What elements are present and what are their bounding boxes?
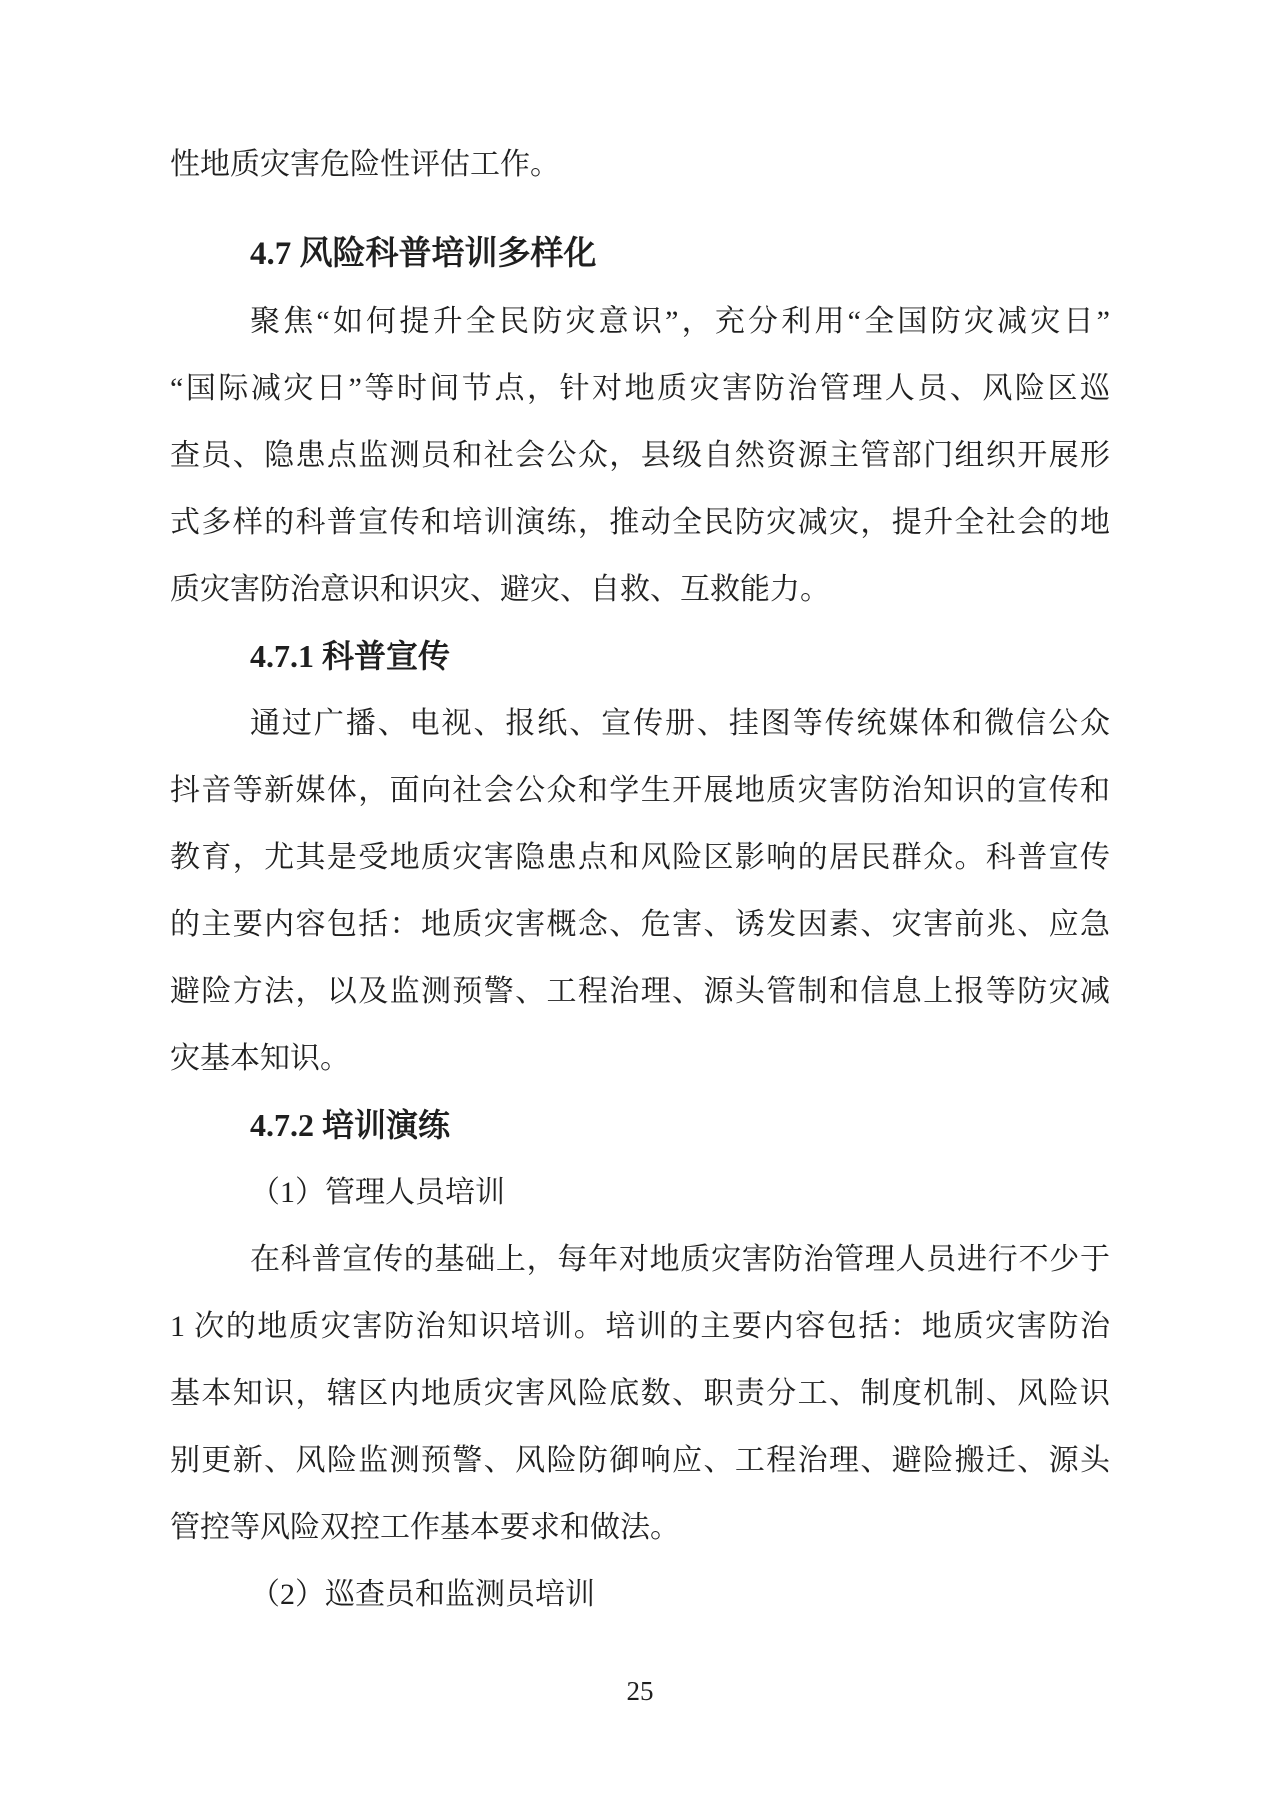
heading-4-7: 4.7 风险科普培训多样化 bbox=[170, 221, 1110, 288]
science-popularization-line-4: 的主要内容包括：地质灾害概念、危害、诱发因素、灾害前兆、应急 bbox=[170, 891, 1110, 958]
science-popularization-line-2: 抖音等新媒体，面向社会公众和学生开展地质灾害防治知识的宣传和 bbox=[170, 757, 1110, 824]
science-popularization-line-3: 教育，尤其是受地质灾害隐患点和风险区影响的居民群众。科普宣传 bbox=[170, 824, 1110, 891]
list-item-1-label: （1）管理人员培训 bbox=[170, 1159, 1110, 1226]
intro-paragraph-line-1: 聚焦“如何提升全民防灾意识”，充分利用“全国防灾减灾日” bbox=[170, 288, 1110, 355]
science-popularization-line-1: 通过广播、电视、报纸、宣传册、挂图等传统媒体和微信公众号、 bbox=[170, 690, 1110, 757]
heading-4-7-1: 4.7.1 科普宣传 bbox=[170, 623, 1110, 690]
science-popularization-line-5: 避险方法，以及监测预警、工程治理、源头管制和信息上报等防灾减 bbox=[170, 958, 1110, 1025]
intro-paragraph-line-3: 查员、隐患点监测员和社会公众，县级自然资源主管部门组织开展形 bbox=[170, 422, 1110, 489]
management-training-line-2: 1 次的地质灾害防治知识培训。培训的主要内容包括：地质灾害防治 bbox=[170, 1293, 1110, 1360]
heading-4-7-2: 4.7.2 培训演练 bbox=[170, 1092, 1110, 1159]
previous-paragraph-tail-line: 性地质灾害危险性评估工作。 bbox=[170, 131, 1110, 198]
management-training-line-4: 别更新、风险监测预警、风险防御响应、工程治理、避险搬迁、源头 bbox=[170, 1427, 1110, 1494]
list-item-2-label: （2）巡查员和监测员培训 bbox=[170, 1561, 1110, 1628]
text-column: 性地质灾害危险性评估工作。 4.7 风险科普培训多样化 聚焦“如何提升全民防灾意… bbox=[170, 131, 1110, 1628]
intro-paragraph-line-2: “国际减灾日”等时间节点，针对地质灾害防治管理人员、风险区巡 bbox=[170, 355, 1110, 422]
intro-paragraph-line-4: 式多样的科普宣传和培训演练，推动全民防灾减灾，提升全社会的地 bbox=[170, 489, 1110, 556]
management-training-line-1: 在科普宣传的基础上，每年对地质灾害防治管理人员进行不少于 bbox=[170, 1226, 1110, 1293]
management-training-line-3: 基本知识，辖区内地质灾害风险底数、职责分工、制度机制、风险识 bbox=[170, 1360, 1110, 1427]
page-number: 25 bbox=[0, 1666, 1280, 1716]
intro-paragraph-line-5: 质灾害防治意识和识灾、避灾、自救、互救能力。 bbox=[170, 556, 1110, 623]
document-page: 性地质灾害危险性评估工作。 4.7 风险科普培训多样化 聚焦“如何提升全民防灾意… bbox=[0, 0, 1280, 1810]
management-training-line-5: 管控等风险双控工作基本要求和做法。 bbox=[170, 1494, 1110, 1561]
science-popularization-line-6: 灾基本知识。 bbox=[170, 1025, 1110, 1092]
